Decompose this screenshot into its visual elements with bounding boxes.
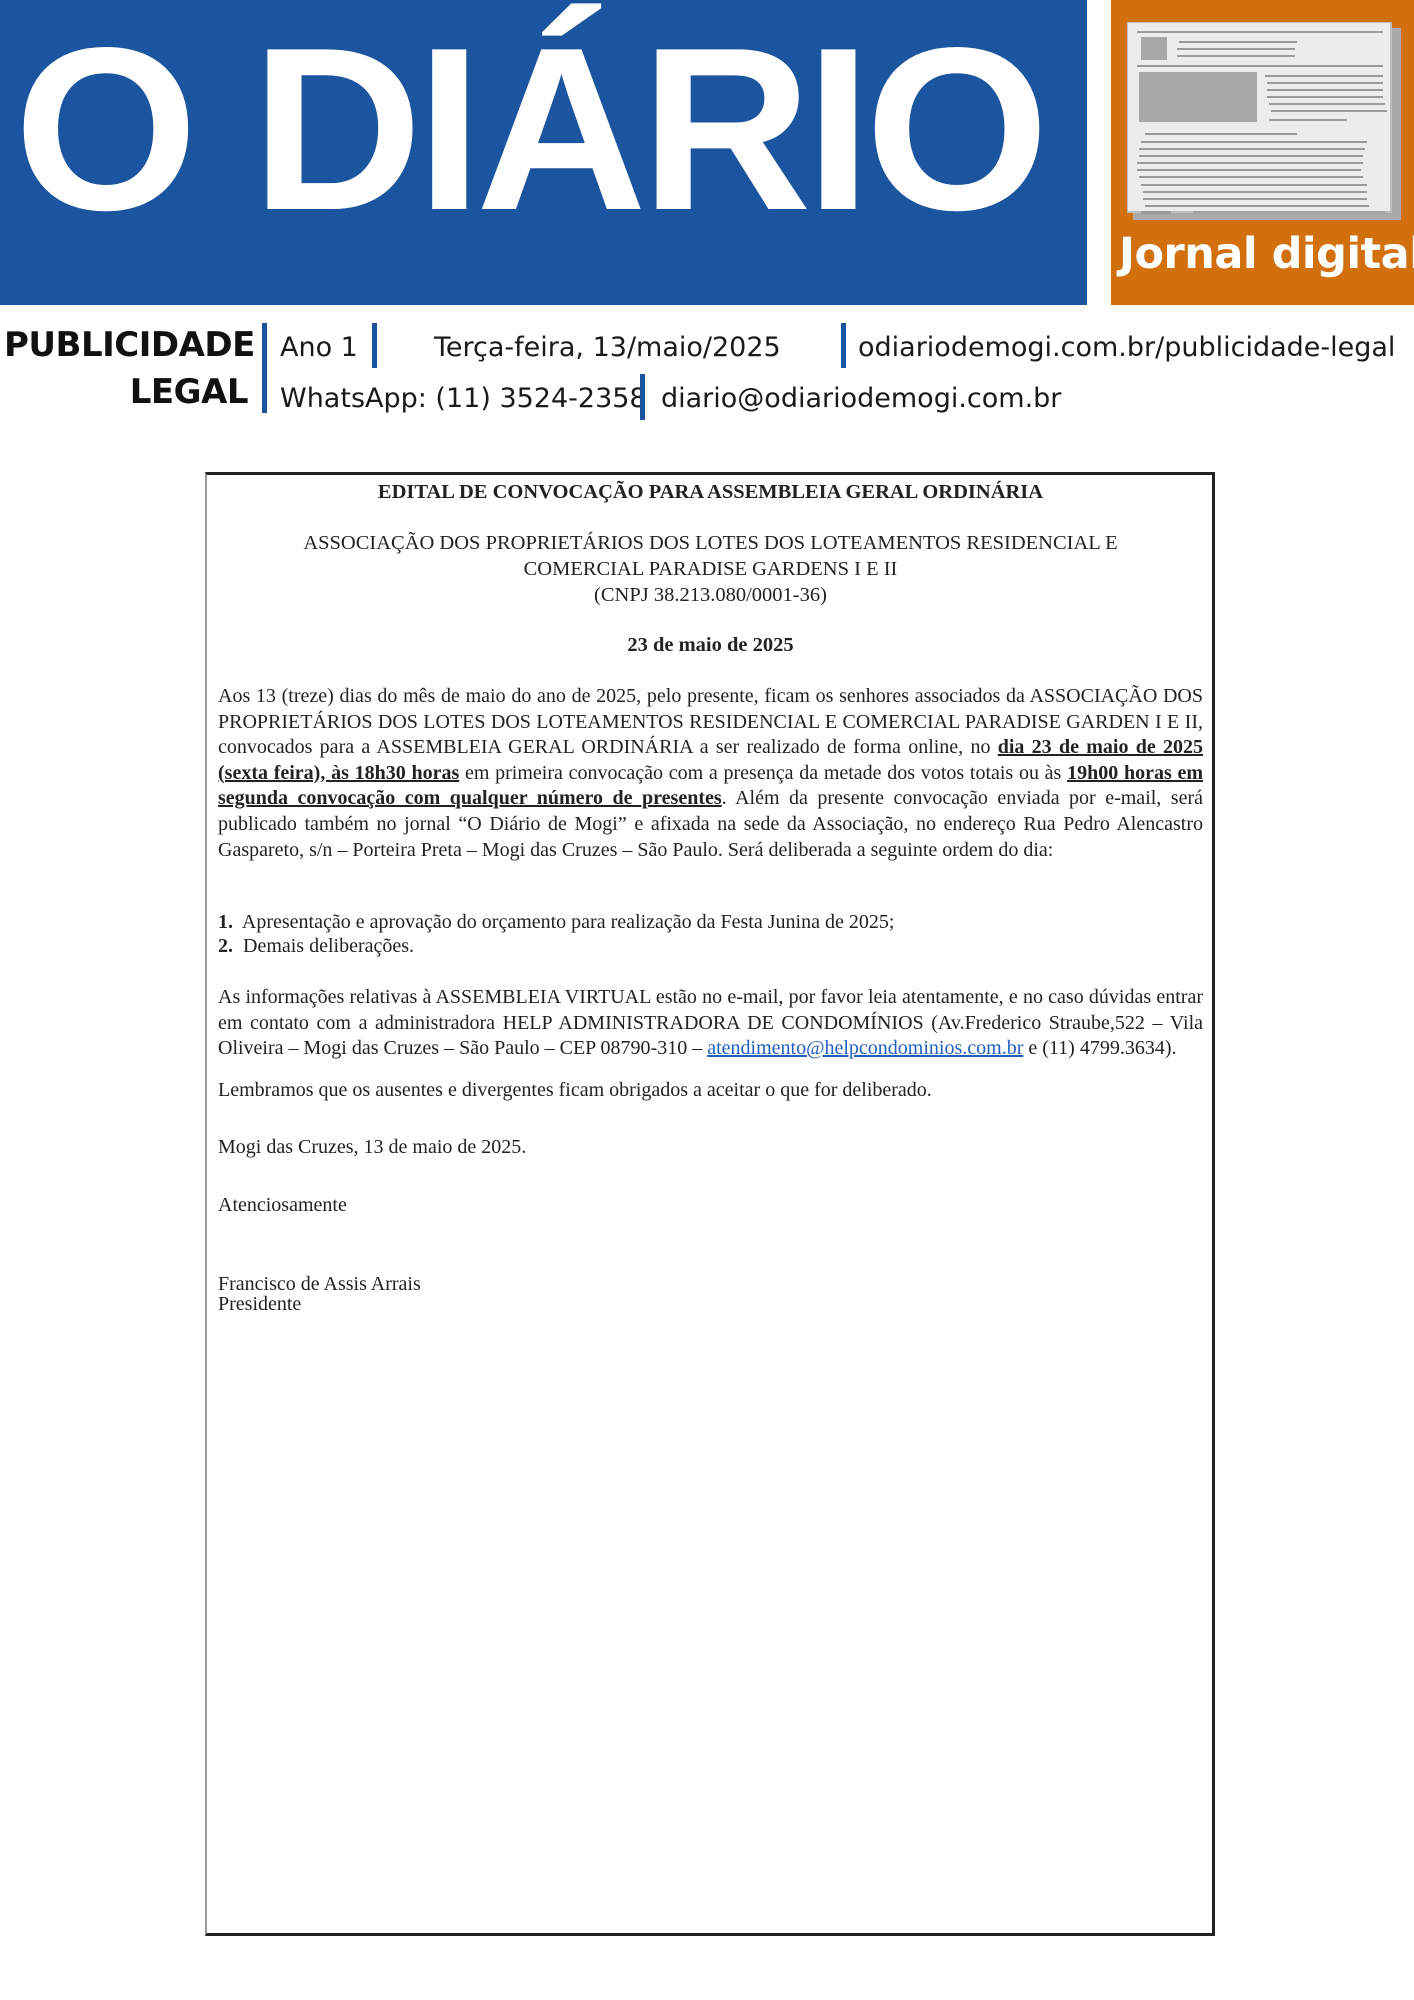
closing-salutation: Atenciosamente bbox=[218, 1194, 347, 1217]
edition-date: Terça-feira, 13/maio/2025 bbox=[434, 334, 781, 361]
agenda-item: 2. Demais deliberações. bbox=[218, 934, 1203, 958]
divider bbox=[640, 374, 645, 420]
website-link[interactable]: odiariodemogi.com.br/publicidade-legal bbox=[858, 334, 1395, 361]
whatsapp-contact: WhatsApp: (11) 3524-2358 bbox=[280, 385, 647, 412]
legal-notice-document: EDITAL DE CONVOCAÇÃO PARA ASSEMBLEIA GER… bbox=[205, 472, 1215, 1936]
notice-title: EDITAL DE CONVOCAÇÃO PARA ASSEMBLEIA GER… bbox=[218, 481, 1203, 504]
association-header: ASSOCIAÇÃO DOS PROPRIETÁRIOS DOS LOTES D… bbox=[218, 530, 1203, 608]
divider bbox=[262, 323, 267, 413]
masthead-title: O DIÁRIO bbox=[14, 14, 1043, 246]
agenda-list: 1. Apresentação e aprovação do orçamento… bbox=[218, 910, 1203, 958]
newspaper-icon bbox=[1127, 22, 1401, 220]
contact-paragraph: As informações relativas à ASSEMBLEIA VI… bbox=[218, 985, 1203, 1062]
divider bbox=[372, 323, 377, 368]
body-text: e (11) 4799.3634). bbox=[1023, 1037, 1176, 1059]
jornal-digital-badge: Jornal digital bbox=[1111, 0, 1414, 305]
section-label-line1: PUBLICIDADE bbox=[4, 322, 248, 369]
edition-year: Ano 1 bbox=[280, 334, 358, 361]
association-name-line1: ASSOCIAÇÃO DOS PROPRIETÁRIOS DOS LOTES D… bbox=[218, 530, 1203, 556]
masthead-logo-banner: O DIÁRIO bbox=[0, 0, 1087, 305]
email-link[interactable]: diario@odiariodemogi.com.br bbox=[661, 385, 1061, 412]
agenda-number: 2. bbox=[218, 935, 233, 957]
body-text: em primeira convocação com a presença da… bbox=[459, 762, 1067, 784]
jornal-digital-label: Jornal digital bbox=[1119, 233, 1414, 276]
agenda-text: Demais deliberações. bbox=[243, 935, 414, 957]
association-cnpj: (CNPJ 38.213.080/0001-36) bbox=[218, 582, 1203, 608]
reminder-text: Lembramos que os ausentes e divergentes … bbox=[218, 1079, 932, 1102]
agenda-item: 1. Apresentação e aprovação do orçamento… bbox=[218, 910, 1203, 934]
administrator-email-link[interactable]: atendimento@helpcondominios.com.br bbox=[707, 1037, 1023, 1059]
agenda-text: Apresentação e aprovação do orçamento pa… bbox=[242, 911, 894, 933]
divider bbox=[841, 323, 846, 368]
agenda-number: 1. bbox=[218, 911, 233, 933]
signatory-role: Presidente bbox=[218, 1293, 301, 1316]
convocation-paragraph: Aos 13 (treze) dias do mês de maio do an… bbox=[218, 684, 1203, 863]
section-label: PUBLICIDADE LEGAL bbox=[4, 322, 248, 416]
association-name-line2: COMERCIAL PARADISE GARDENS I E II bbox=[218, 556, 1203, 582]
meeting-date-heading: 23 de maio de 2025 bbox=[218, 634, 1203, 657]
place-date: Mogi das Cruzes, 13 de maio de 2025. bbox=[218, 1136, 526, 1159]
section-label-line2: LEGAL bbox=[4, 369, 248, 416]
